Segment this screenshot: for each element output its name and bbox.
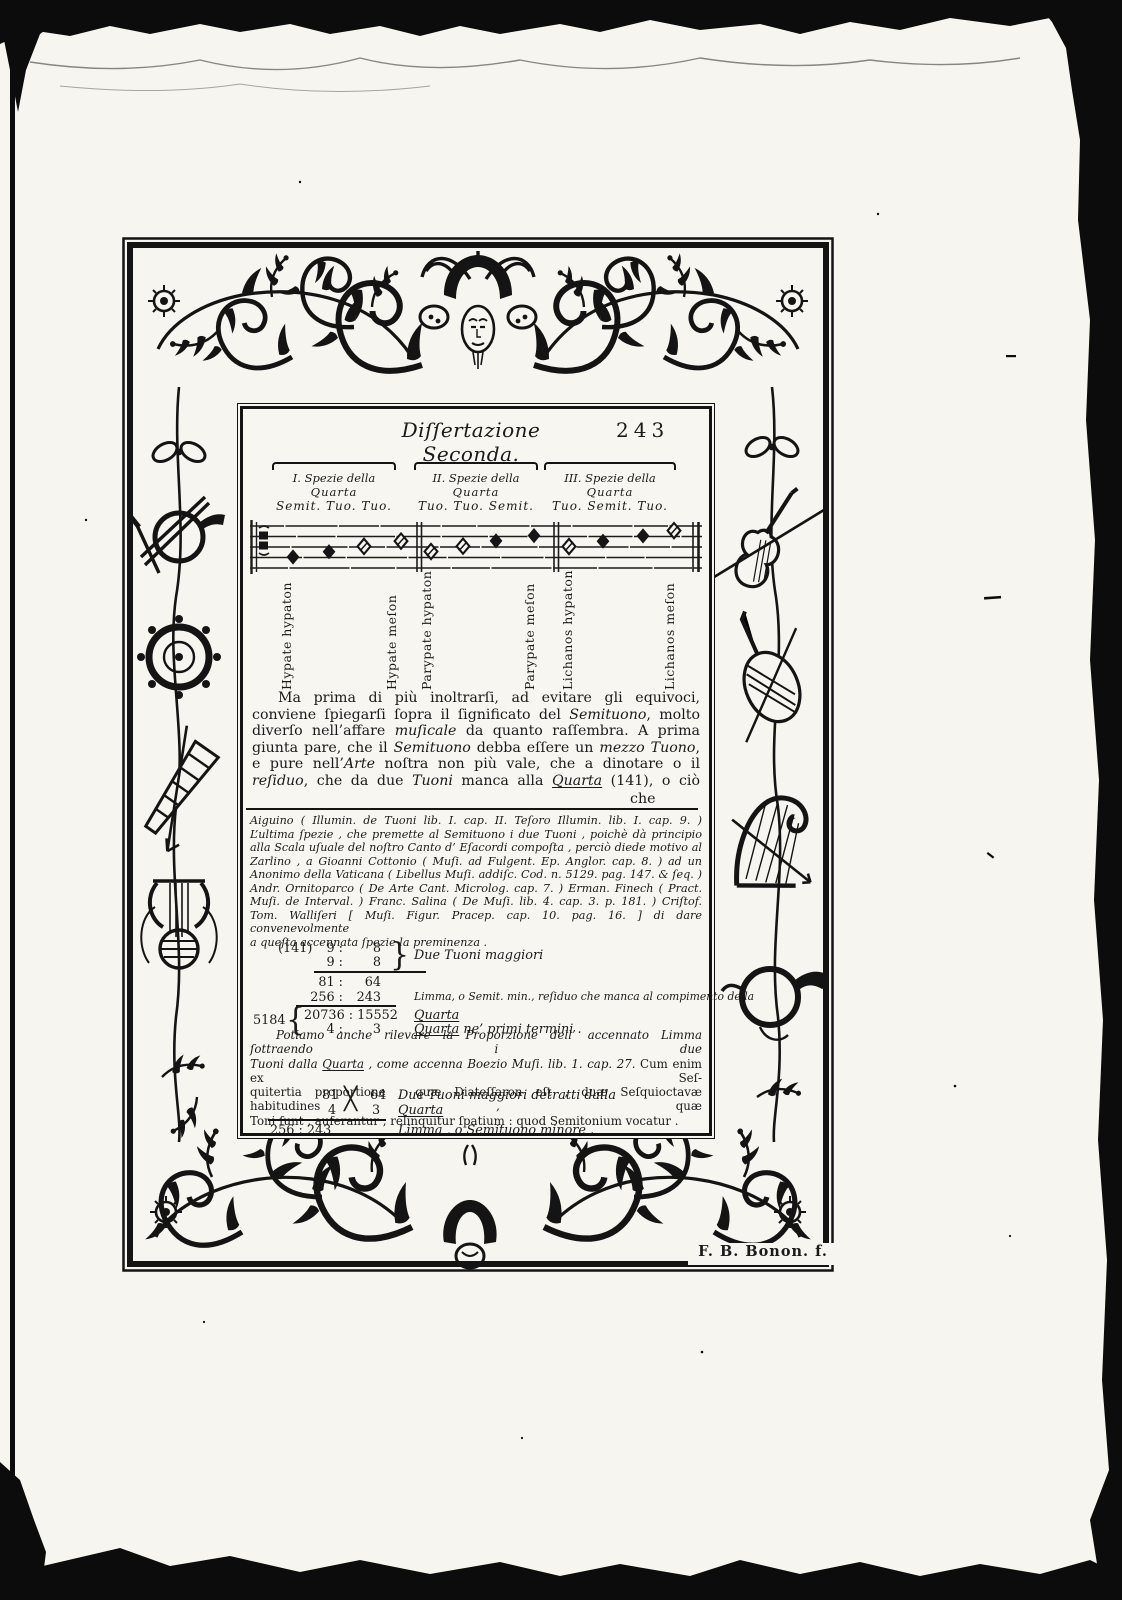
- row1-label: Due Tuoni maggiori detratti dalla: [398, 1088, 616, 1103]
- film-crack: [30, 58, 1020, 70]
- footnote-line: Anonimo della Vaticana ( Libellus Muſi. …: [250, 868, 702, 882]
- page-title: Diſſertazione Seconda.: [356, 418, 586, 466]
- species-heading-1: I. Spezie della Quarta Semit. Tuo. Tuo.: [268, 462, 400, 514]
- page-number: 243: [616, 418, 676, 442]
- filled-note-icon: [287, 549, 300, 564]
- staff-label-lichanos-meson: Lichanos meſon: [662, 574, 680, 690]
- row2-label: Quarta: [398, 1103, 443, 1118]
- staff-label-parypate-meson: Parypate meſon: [522, 574, 540, 690]
- filled-note-icon: [637, 528, 650, 543]
- rule: [296, 1005, 396, 1007]
- footnote-line: Andr. Ornitoparco ( De Arte Cant. Microl…: [250, 882, 702, 896]
- sum-rule: [314, 971, 426, 973]
- violin-icon: [714, 473, 828, 604]
- footnote-rule: [246, 808, 698, 810]
- scanned-book-page: F. B. Bonon. f. Diſſertazione Seconda. 2…: [0, 0, 1122, 1600]
- main-paragraph: Ma prima di più inoltrarſi, ad evitare g…: [252, 690, 700, 790]
- bud-ornament-icon: [464, 1145, 475, 1165]
- note-line: Potiamo anche rilevare la Proporzione de…: [250, 1028, 702, 1057]
- staff-label-hypate-meson: Hypate meſon: [384, 574, 402, 690]
- lute-icon: [697, 595, 830, 742]
- brace-icon: }: [390, 937, 409, 974]
- over-bracket-icon: [272, 462, 396, 470]
- species-heading-2: II. Spezie della Quarta Tuo. Tuo. Semit.: [410, 462, 542, 514]
- paragraph-line: e pure nell’Arte noſtra non più vale, ch…: [252, 756, 700, 773]
- music-staff: [248, 510, 704, 578]
- ornament-right-band: [697, 387, 830, 1142]
- engraver-signature: F. B. Bonon. f.: [688, 1243, 838, 1265]
- limma-label: Limma, o Semit. min., reſiduo che manca …: [414, 990, 754, 1003]
- footnote-line: Zarlino , a Gioanni Cottonio ( Muſi. ad …: [250, 855, 702, 869]
- quarta-ratio: 20736 : 15552: [304, 1008, 398, 1023]
- result-label: Limma , o Semituono minore .: [398, 1123, 594, 1138]
- rule: [268, 1119, 386, 1121]
- species-heading-3: III. Spezie della Quarta Tuo. Semit. Tuo…: [540, 462, 680, 514]
- left-value: 5184: [253, 1013, 286, 1028]
- paragraph-line: conviene ſpiegarſi ſopra il ſignificato …: [252, 707, 700, 724]
- ratio-calculation-1: (141) 9 : 8 9 : 8 } Due Tuoni maggiori 8…: [248, 941, 710, 1037]
- quarta-label: Quarta: [414, 1008, 459, 1023]
- text-panel: Diſſertazione Seconda. 243 I. Spezie del…: [237, 403, 715, 1139]
- footnote-line: Aiguino ( Illumin. de Tuoni lib. I. cap.…: [250, 814, 702, 828]
- horn-icon: [131, 497, 225, 573]
- ribbon-bow-icon: [743, 434, 802, 461]
- footnote-line: Tom. Walliſeri [ Muſi. Figur. Pracep. ca…: [250, 909, 702, 936]
- filled-note-icon: [528, 528, 541, 543]
- paragraph-line: diverſo nell’affare muſicale da quanto r…: [252, 723, 700, 740]
- footnote-line: alla Scala uſuale del noſtro Canto d’ Eſ…: [250, 841, 702, 855]
- filled-note-icon: [490, 533, 503, 548]
- pair-label: Due Tuoni maggiori: [414, 948, 543, 963]
- harp-icon: [721, 790, 824, 898]
- staff-label-hypate-hypaton: Hypate hypaton: [279, 574, 297, 690]
- catchword: che: [630, 791, 690, 807]
- ornament-top-band: [148, 248, 808, 380]
- footnote-block: Aiguino ( Illumin. de Tuoni lib. I. cap.…: [250, 814, 702, 949]
- footnote-line: Muſi. de Interval. ) Franc. Salina ( De …: [250, 895, 702, 909]
- ratio-calculation-2: 81 ╳ 64 Due Tuoni maggiori detratti dall…: [248, 1088, 710, 1138]
- paragraph-line: reſiduo, che da due Tuoni manca alla Qua…: [252, 773, 700, 790]
- staff-label-parypate-hypaton: Parypate hypaton: [419, 574, 437, 690]
- staff-label-lichanos-hypaton: Lichanos hypaton: [560, 574, 578, 690]
- result-ratio: 256 : 243: [270, 1123, 331, 1138]
- notes: [287, 523, 681, 565]
- paragraph-line: Ma prima di più inoltrarſi, ad evitare g…: [252, 690, 700, 707]
- note-line: Tuoni dalla Quarta , come accenna Boezio…: [250, 1057, 702, 1086]
- cross-multiplication-icon: ╳: [344, 1089, 357, 1111]
- tambourine-icon: [137, 615, 221, 699]
- ornament-left-band: [122, 387, 238, 1142]
- paragraph-line: giunta pare, che il Semituono debba eſſe…: [252, 740, 700, 757]
- footnote-line: L’ultima ſpezie , che premette al Semitu…: [250, 828, 702, 842]
- over-bracket-icon: [544, 462, 676, 470]
- over-bracket-icon: [414, 462, 538, 470]
